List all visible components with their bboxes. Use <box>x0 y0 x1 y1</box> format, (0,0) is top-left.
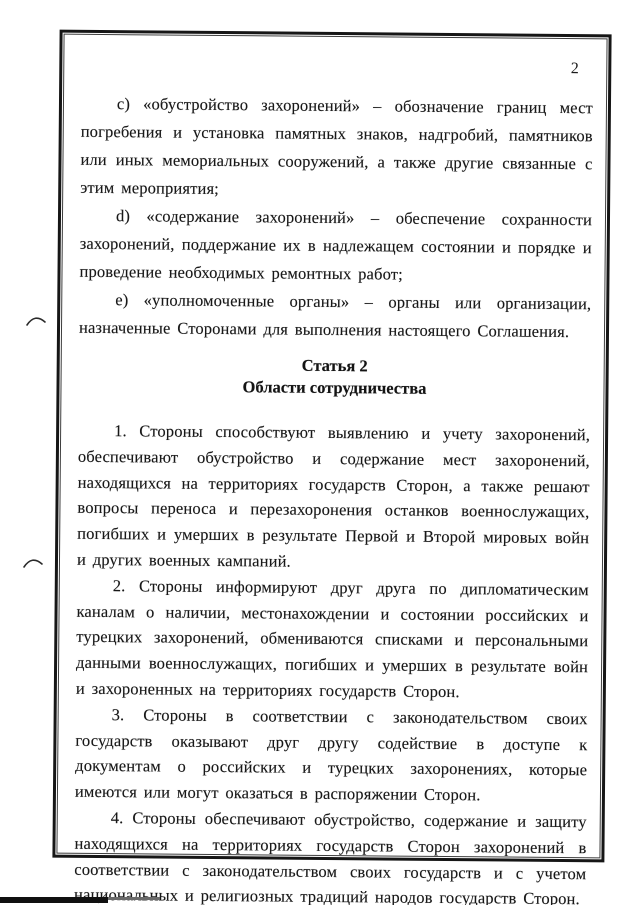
clause-2: 2. Стороны информируют друг друга по дип… <box>76 573 589 706</box>
page-border-inner-line: 2 с) «обустройство захоронений» – обозна… <box>56 34 607 859</box>
page-border-frame: 2 с) «обустройство захоронений» – обозна… <box>52 30 611 863</box>
pen-arc-mark-icon <box>25 312 47 328</box>
definition-item-d: d) «содержание захоронений» – обеспечени… <box>79 202 592 290</box>
clause-4: 4. Стороны обеспечивают обустройство, со… <box>74 805 587 905</box>
document-body: с) «обустройство захоронений» – обозначе… <box>74 90 593 905</box>
article-heading: Статья 2 Области сотрудничества <box>78 353 590 401</box>
clause-3: 3. Стороны в соответствии с законодатель… <box>75 702 588 810</box>
clause-1: 1. Стороны способствуют выявлению и учет… <box>77 418 590 577</box>
scanner-artifact-bar <box>0 897 108 903</box>
scanned-document-page: 2 с) «обустройство захоронений» – обозна… <box>0 0 640 905</box>
page-number: 2 <box>571 60 580 78</box>
definition-item-c: с) «обустройство захоронений» – обозначе… <box>80 90 593 206</box>
article-subtitle: Области сотрудничества <box>78 375 590 401</box>
scanner-artifact-bar-tail <box>108 897 160 900</box>
definition-item-e: е) «уполномоченные органы» – органы или … <box>79 286 591 346</box>
pen-arc-mark-icon <box>22 554 44 570</box>
